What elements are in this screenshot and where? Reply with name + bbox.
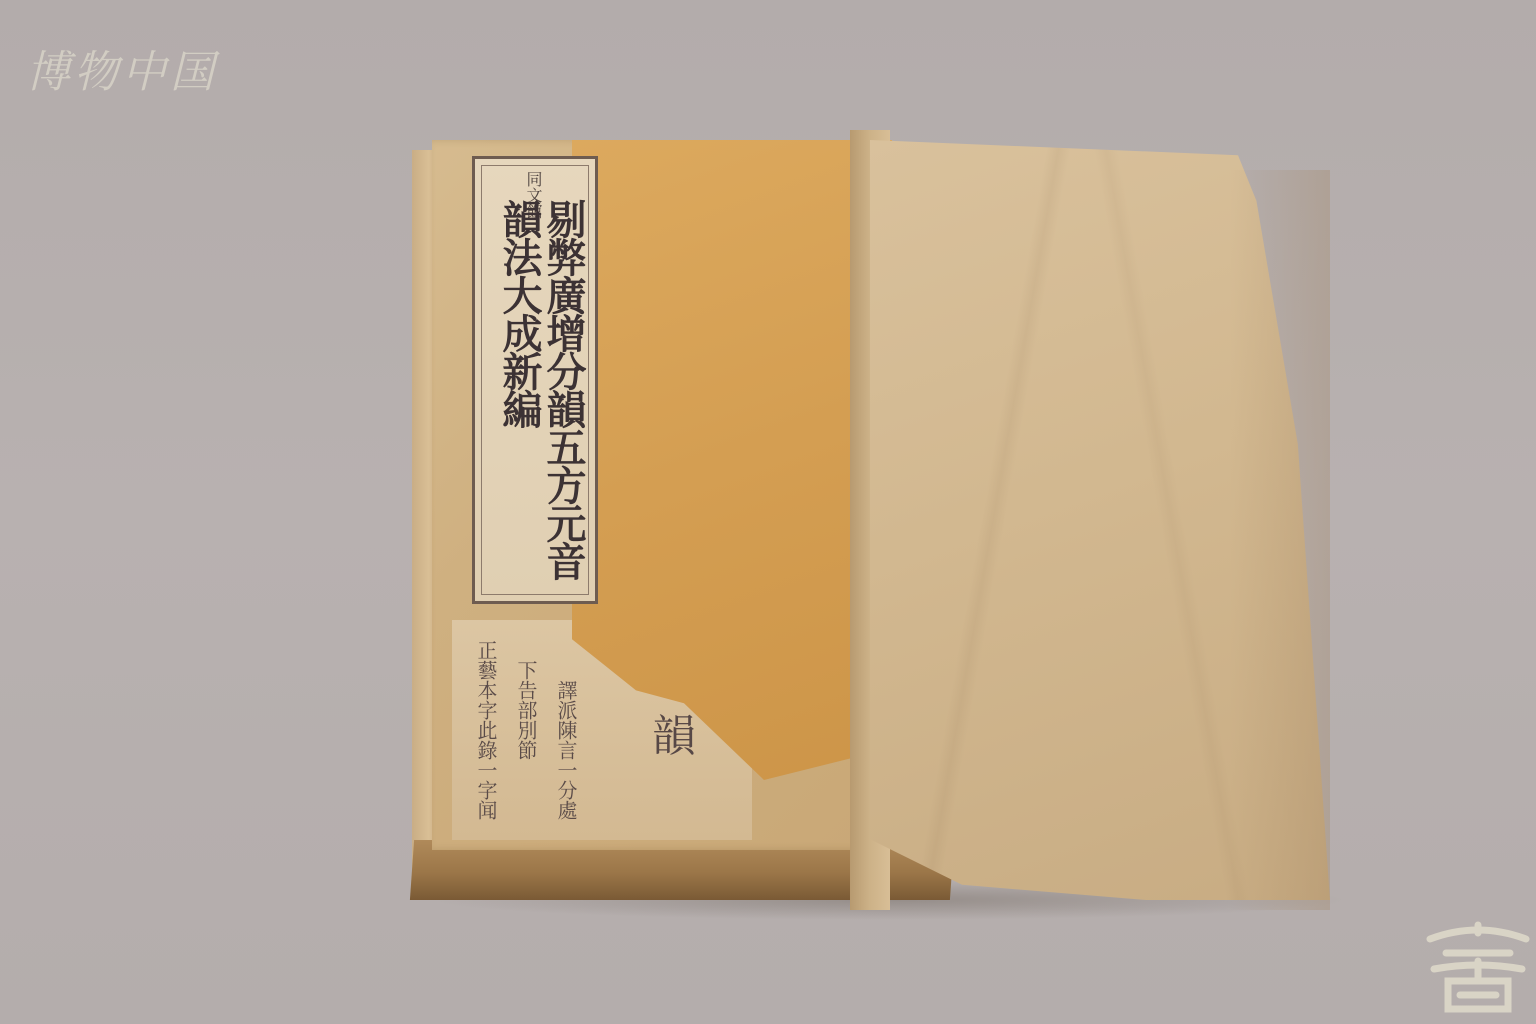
open-flyleaf: [850, 130, 1340, 910]
title-slip: 同文館 剔弊廣增分韻五方元音韻法大成新編: [472, 156, 598, 604]
text-column: 譯派陳言一分處: [552, 680, 581, 820]
text-column: 下告部別節: [512, 660, 541, 760]
page-edge-shading: [1230, 170, 1330, 910]
closed-book-volume: 正藝本字此錄一字闻 下告部別節 譯派陳言一分處 韻 同文館 剔弊廣增分韻五方元音…: [412, 140, 882, 910]
book-cover: 正藝本字此錄一字闻 下告部別節 譯派陳言一分處 韻 同文館 剔弊廣增分韻五方元音…: [432, 140, 872, 850]
large-character: 韻: [652, 700, 696, 764]
watermark: 博物中国: [26, 36, 218, 100]
text-column: 正藝本字此錄一字闻: [472, 640, 501, 820]
pavilion-logo-icon: [1424, 915, 1532, 1015]
book-title: 剔弊廣增分韻五方元音韻法大成新編: [497, 199, 585, 601]
